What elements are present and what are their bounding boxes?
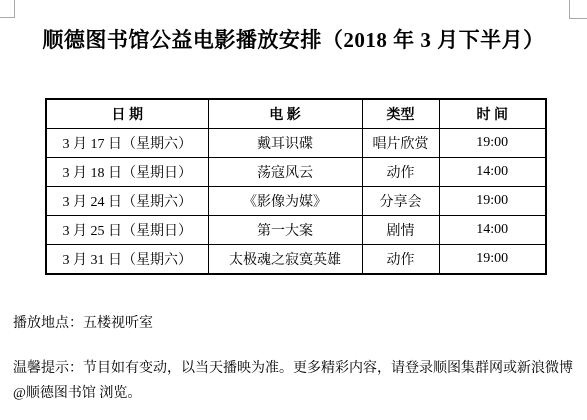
cell-time: 19:00 bbox=[439, 187, 546, 216]
table-row: 3 月 18 日（星期日） 荡寇风云 动作 14:00 bbox=[46, 158, 546, 187]
column-header-movie: 电 影 bbox=[208, 99, 362, 129]
cell-movie: 荡寇风云 bbox=[208, 158, 362, 187]
margin-crop-mark-top-left bbox=[0, 0, 15, 18]
cell-movie: 戴耳识碟 bbox=[208, 129, 362, 158]
cell-movie: 《影像为媒》 bbox=[208, 187, 362, 216]
notice-paragraph: 温馨提示：节目如有变动，以当天播映为准。更多精彩内容，请登录顺图集群网或新浪微博… bbox=[13, 356, 579, 406]
cell-genre: 剧情 bbox=[362, 216, 439, 245]
cell-date: 3 月 24 日（星期六） bbox=[46, 187, 208, 216]
playback-location-line: 播放地点：五楼视听室 bbox=[13, 314, 153, 334]
cell-time: 19:00 bbox=[439, 129, 546, 158]
cell-time: 19:00 bbox=[439, 245, 546, 275]
margin-crop-mark-top-right bbox=[569, 0, 587, 19]
table-row: 3 月 17 日（星期六） 戴耳识碟 唱片欣赏 19:00 bbox=[46, 129, 546, 158]
notice-line-2: @顺德图书馆 浏览。 bbox=[13, 386, 141, 401]
header-row: 日 期 电 影 类型 时 间 bbox=[46, 99, 546, 129]
cell-genre: 动作 bbox=[362, 158, 439, 187]
cell-genre: 唱片欣赏 bbox=[362, 129, 439, 158]
cell-date: 3 月 17 日（星期六） bbox=[46, 129, 208, 158]
cell-date: 3 月 18 日（星期日） bbox=[46, 158, 208, 187]
column-header-date: 日 期 bbox=[46, 99, 208, 129]
cell-movie: 太极魂之寂寞英雄 bbox=[208, 245, 362, 275]
page-title: 顺德图书馆公益电影播放安排（2018 年 3 月下半月） bbox=[0, 24, 587, 54]
table-row: 3 月 24 日（星期六） 《影像为媒》 分享会 19:00 bbox=[46, 187, 546, 216]
movie-schedule-table: 日 期 电 影 类型 时 间 3 月 17 日（星期六） 戴耳识碟 唱片欣赏 1… bbox=[45, 98, 547, 275]
column-header-genre: 类型 bbox=[362, 99, 439, 129]
cell-movie: 第一大案 bbox=[208, 216, 362, 245]
table-row: 3 月 31 日（星期六） 太极魂之寂寞英雄 动作 19:00 bbox=[46, 245, 546, 275]
column-header-time: 时 间 bbox=[439, 99, 546, 129]
notice-line-1: 温馨提示：节目如有变动，以当天播映为准。更多精彩内容，请登录顺图集群网或新浪微博 bbox=[13, 361, 573, 376]
cell-date: 3 月 25 日（星期日） bbox=[46, 216, 208, 245]
cell-time: 14:00 bbox=[439, 216, 546, 245]
cell-genre: 动作 bbox=[362, 245, 439, 275]
cell-time: 14:00 bbox=[439, 158, 546, 187]
cell-genre: 分享会 bbox=[362, 187, 439, 216]
cell-date: 3 月 31 日（星期六） bbox=[46, 245, 208, 275]
table-row: 3 月 25 日（星期日） 第一大案 剧情 14:00 bbox=[46, 216, 546, 245]
